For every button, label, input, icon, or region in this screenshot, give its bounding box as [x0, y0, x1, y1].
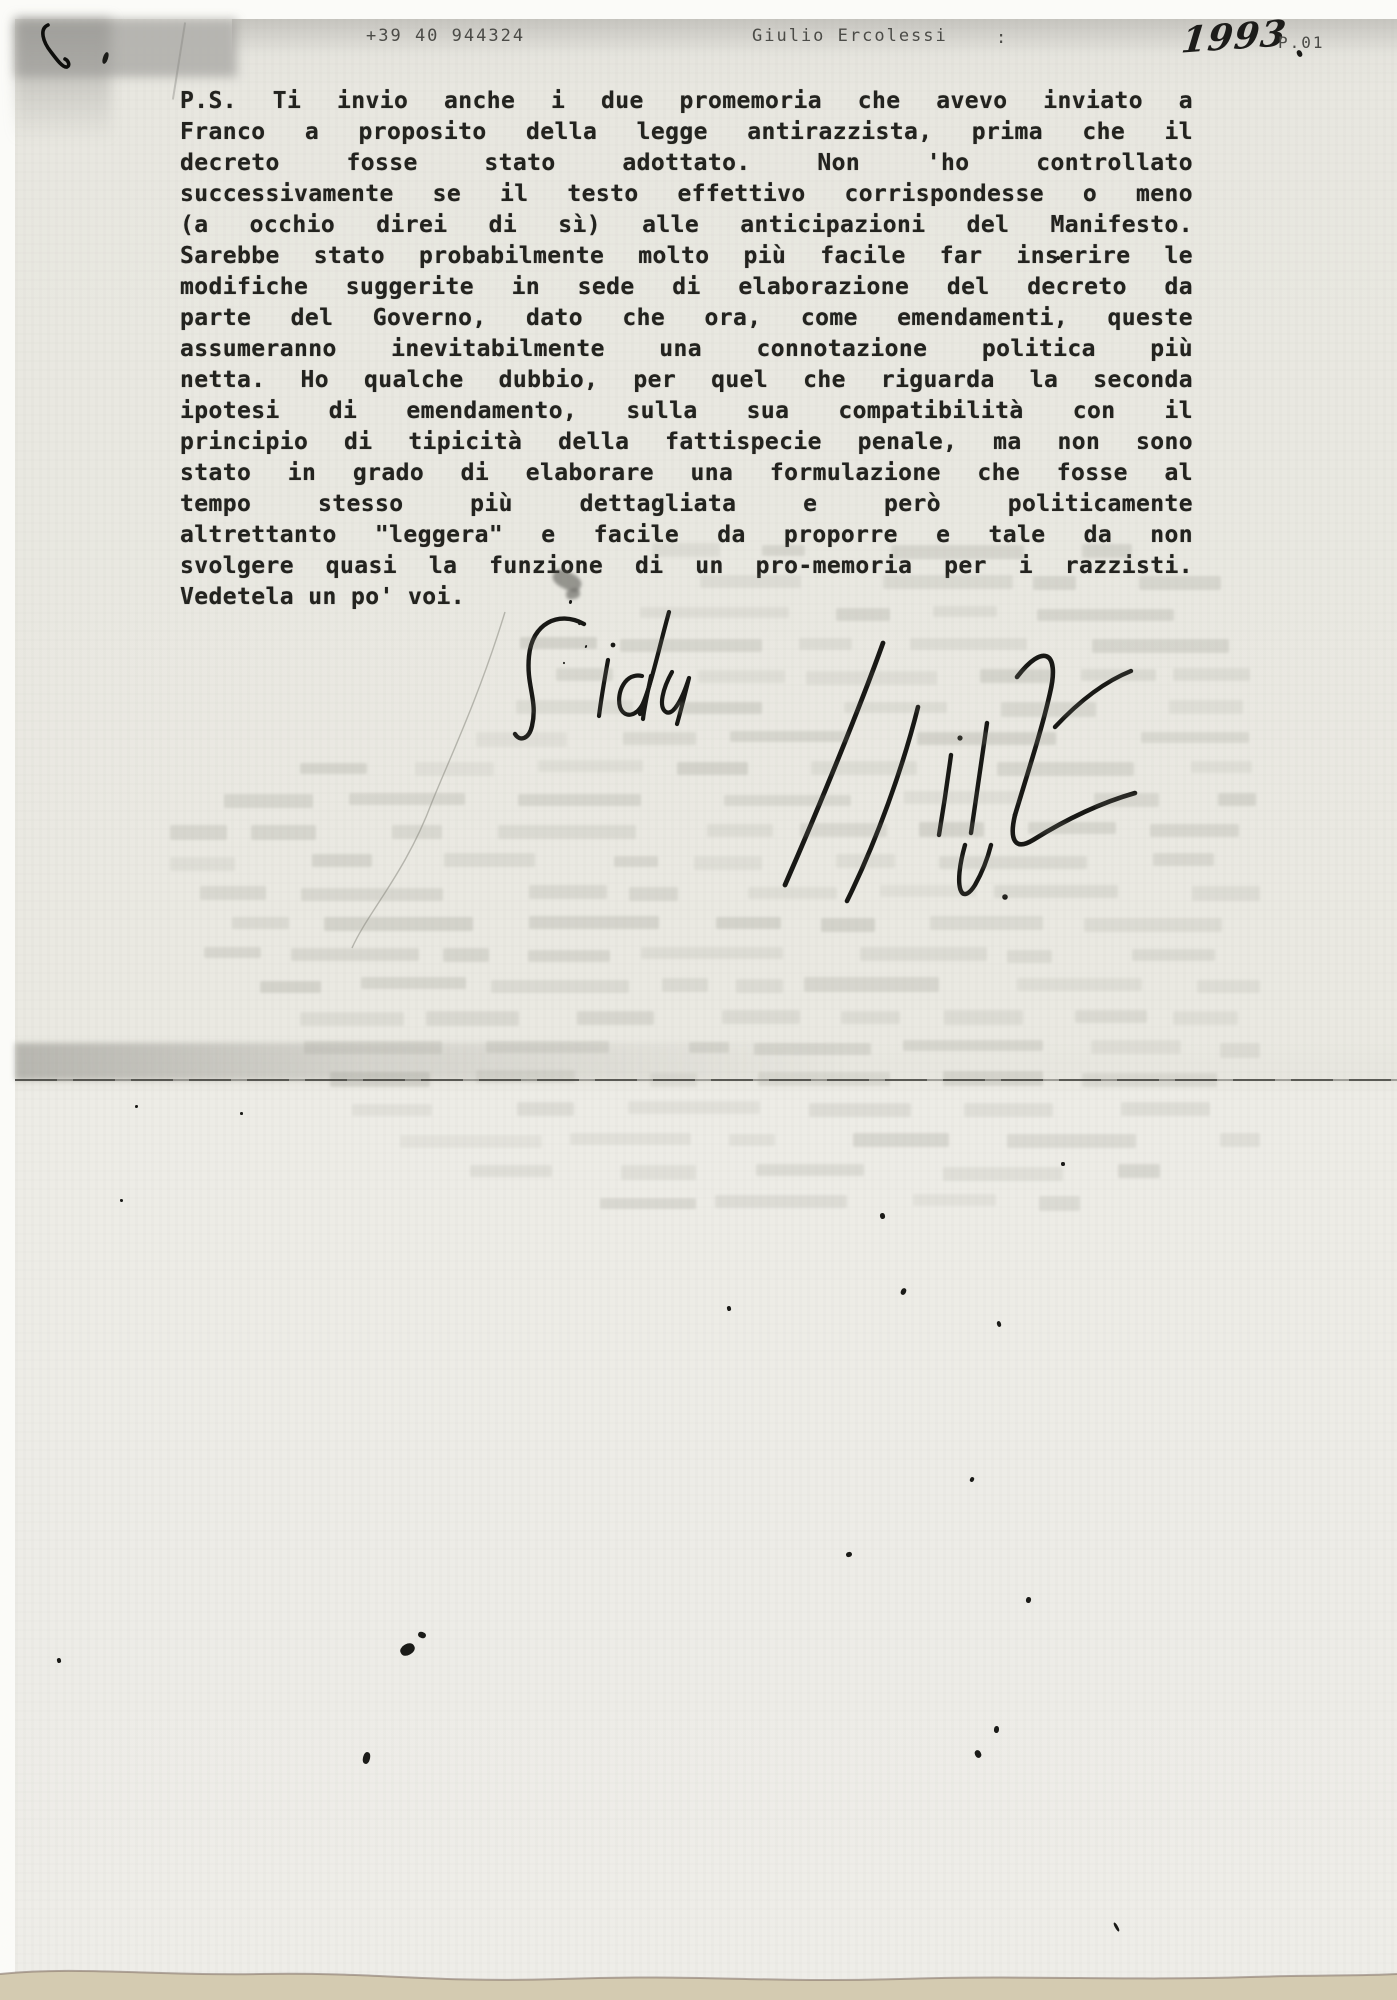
- letter-body-text: P.S. Ti invio anche i due promemoria che…: [180, 86, 1193, 613]
- ghost-word: [476, 732, 567, 747]
- ghost-word: [821, 918, 875, 932]
- ghost-word: [933, 606, 997, 617]
- ghost-word: [844, 702, 947, 713]
- ghost-word: [352, 1104, 432, 1116]
- ghost-word: [913, 1194, 996, 1206]
- ghost-word: [1094, 793, 1159, 808]
- fax-line: netta. Ho qualche dubbio, per quel che r…: [180, 365, 1193, 396]
- ghost-word: [629, 887, 678, 901]
- ghost-word: [715, 1195, 847, 1208]
- ghost-word: [641, 947, 783, 959]
- ghost-word: [707, 824, 773, 837]
- fax-line: P.S. Ti invio anche i due promemoria che…: [180, 86, 1193, 117]
- ghost-word: [1220, 1133, 1260, 1146]
- ghost-word: [426, 1011, 519, 1026]
- ghost-word: [400, 1135, 542, 1148]
- ghost-word: [694, 856, 762, 870]
- ghost-word: [997, 762, 1134, 776]
- ghost-word: [860, 947, 987, 961]
- ghost-word: [811, 761, 917, 775]
- fax-line: stato in grado di elaborare una formulaz…: [180, 458, 1193, 489]
- ghost-word: [1141, 732, 1249, 743]
- ghost-word: [806, 671, 937, 685]
- ghost-word: [841, 1011, 901, 1024]
- ghost-word: [652, 543, 720, 556]
- ghost-word: [623, 732, 696, 746]
- ghost-word: [640, 607, 789, 618]
- ghost-word: [1082, 544, 1132, 559]
- ghost-word: [930, 916, 1043, 930]
- ghost-word: [300, 763, 367, 774]
- ghost-word: [904, 791, 1021, 804]
- fax-line: successivamente se il testo effettivo co…: [180, 179, 1193, 210]
- ghost-word: [392, 825, 442, 840]
- ghost-word: [570, 1133, 691, 1145]
- ghost-word: [1033, 576, 1075, 590]
- ghost-word: [1139, 576, 1221, 590]
- sheet1-bottom-edge: [15, 1079, 1397, 1081]
- fax-line: tempo stesso più dettagliata e però poli…: [180, 489, 1193, 520]
- ghost-word: [724, 795, 851, 807]
- ghost-word: [1028, 822, 1116, 833]
- ghost-word: [880, 885, 976, 897]
- ghost-word: [1037, 609, 1174, 621]
- ghost-word: [799, 638, 852, 649]
- ghost-word: [621, 1165, 696, 1180]
- ghost-word: [170, 825, 227, 840]
- ghost-word: [917, 732, 1056, 745]
- fax-line: Franco a proposito della legge antirazzi…: [180, 117, 1193, 148]
- ghost-word: [556, 668, 613, 681]
- fax-header-sender: Giulio Ercolessi: [752, 26, 948, 46]
- ghost-word: [538, 760, 643, 772]
- ghost-word: [1007, 950, 1052, 963]
- ghost-word: [529, 916, 660, 929]
- ghost-word: [730, 731, 849, 742]
- ghost-word: [301, 888, 443, 902]
- ghost-word: [204, 947, 261, 958]
- ghost-word: [736, 979, 784, 992]
- ghost-word: [1173, 1011, 1238, 1026]
- ghost-word: [517, 1102, 574, 1115]
- ghost-word: [1092, 639, 1229, 653]
- ghost-word: [518, 794, 641, 806]
- ghost-word: [748, 887, 838, 899]
- ghost-word: [804, 977, 939, 992]
- ghost-word: [836, 608, 890, 621]
- ghost-word: [891, 545, 1025, 559]
- ghost-word: [677, 762, 748, 775]
- ghost-word: [729, 1134, 775, 1146]
- ghost-word: [1075, 1010, 1147, 1023]
- ghost-word: [910, 638, 1027, 650]
- fax-line: principio di tipicità della fattispecie …: [180, 427, 1193, 458]
- ghost-word: [1039, 1196, 1080, 1211]
- ghost-word: [1132, 949, 1215, 961]
- ghost-word: [1153, 853, 1215, 866]
- ghost-word: [994, 885, 1118, 898]
- ghost-word: [1191, 761, 1252, 773]
- ghost-word: [291, 948, 419, 962]
- ghost-word: [443, 948, 488, 962]
- ghost-word: [324, 917, 473, 931]
- ghost-word: [1001, 702, 1096, 717]
- ghost-word: [349, 793, 465, 805]
- fax-line: decreto fosse stato adottato. Non 'ho co…: [180, 148, 1193, 179]
- ghost-word: [415, 762, 494, 775]
- ghost-word: [224, 794, 313, 808]
- ghost-word: [1007, 1134, 1136, 1148]
- fax-line: ipotesi di emendamento, sulla sua compat…: [180, 396, 1193, 427]
- ghost-word: [577, 1011, 654, 1025]
- ghost-word: [529, 885, 607, 899]
- ghost-word: [943, 1167, 1062, 1181]
- ghost-word: [1081, 669, 1156, 681]
- ghost-word: [944, 1010, 1022, 1025]
- fax-header-separator: :: [996, 28, 1008, 48]
- ghost-word: [170, 857, 235, 871]
- fax-header-phone: +39 40 944324: [366, 26, 525, 46]
- speck: [135, 1105, 138, 1108]
- paper-bottom-edge: [0, 1950, 1397, 2000]
- ghost-word: [700, 575, 801, 588]
- ghost-word: [1017, 978, 1142, 991]
- ghost-word: [1084, 918, 1222, 932]
- ghost-word: [762, 545, 805, 556]
- ghost-word: [1173, 668, 1250, 681]
- fax-line: (a occhio direi di sì) alle anticipazion…: [180, 210, 1193, 241]
- ghost-word: [716, 917, 781, 929]
- ghost-word: [300, 1012, 404, 1027]
- ghost-word: [1192, 886, 1260, 900]
- ghost-word: [600, 1198, 696, 1210]
- ghost-word: [260, 981, 321, 993]
- ghost-word: [919, 822, 984, 836]
- ghost-word: [698, 670, 785, 683]
- ghost-word: [361, 977, 467, 988]
- ghost-word: [1150, 824, 1239, 836]
- ghost-word: [1121, 1102, 1210, 1115]
- ghost-word: [836, 854, 896, 868]
- ghost-word: [1197, 980, 1260, 993]
- ghost-word: [470, 1165, 552, 1177]
- ghost-word: [756, 1164, 864, 1176]
- ghost-word: [883, 575, 1013, 589]
- ghost-word: [516, 700, 633, 713]
- ghost-word: [853, 1133, 949, 1147]
- ghost-word: [200, 886, 266, 901]
- speck: [1061, 1162, 1065, 1166]
- ghost-word: [800, 823, 887, 837]
- scanned-fax-page: { "fax_header": { "phone": "+39 40 94432…: [0, 0, 1397, 2000]
- sheet1-bottom-shadow: [15, 1043, 995, 1080]
- handwritten-year: 1993: [1179, 12, 1289, 61]
- ghost-word: [1118, 1164, 1160, 1178]
- ghost-word: [232, 917, 289, 929]
- speck: [240, 1112, 243, 1115]
- ghost-word: [676, 702, 762, 714]
- ghost-word: [980, 669, 1051, 683]
- ghost-word: [1169, 700, 1243, 714]
- ghost-word: [620, 639, 761, 652]
- fax-line: assumeranno inevitabilmente una connotaz…: [180, 334, 1193, 365]
- fax-line: Sarebbe stato probabilmente molto più fa…: [180, 241, 1193, 272]
- fax-line: parte del Governo, dato che ora, come em…: [180, 303, 1193, 334]
- ghost-word: [722, 1010, 800, 1024]
- ghost-word: [251, 825, 316, 839]
- ghost-word: [1091, 1040, 1181, 1055]
- ghost-word: [628, 1101, 761, 1113]
- fax-line: modifiche suggerite in sede di elaborazi…: [180, 272, 1193, 303]
- ghost-word: [1218, 793, 1256, 806]
- ghost-word: [498, 825, 636, 839]
- ghost-word: [1220, 1043, 1260, 1058]
- fax-header-page-code: P.01: [1278, 33, 1325, 52]
- ghost-word: [939, 856, 1087, 869]
- staple-mark-icon: [36, 20, 82, 84]
- ghost-word: [444, 853, 535, 867]
- ghost-word: [312, 854, 372, 866]
- ghost-word: [614, 856, 658, 867]
- ghost-word: [491, 980, 628, 994]
- ghost-word: [964, 1103, 1053, 1117]
- ghost-word: [662, 978, 708, 992]
- ghost-word: [809, 1103, 912, 1117]
- ghost-word: [528, 950, 610, 962]
